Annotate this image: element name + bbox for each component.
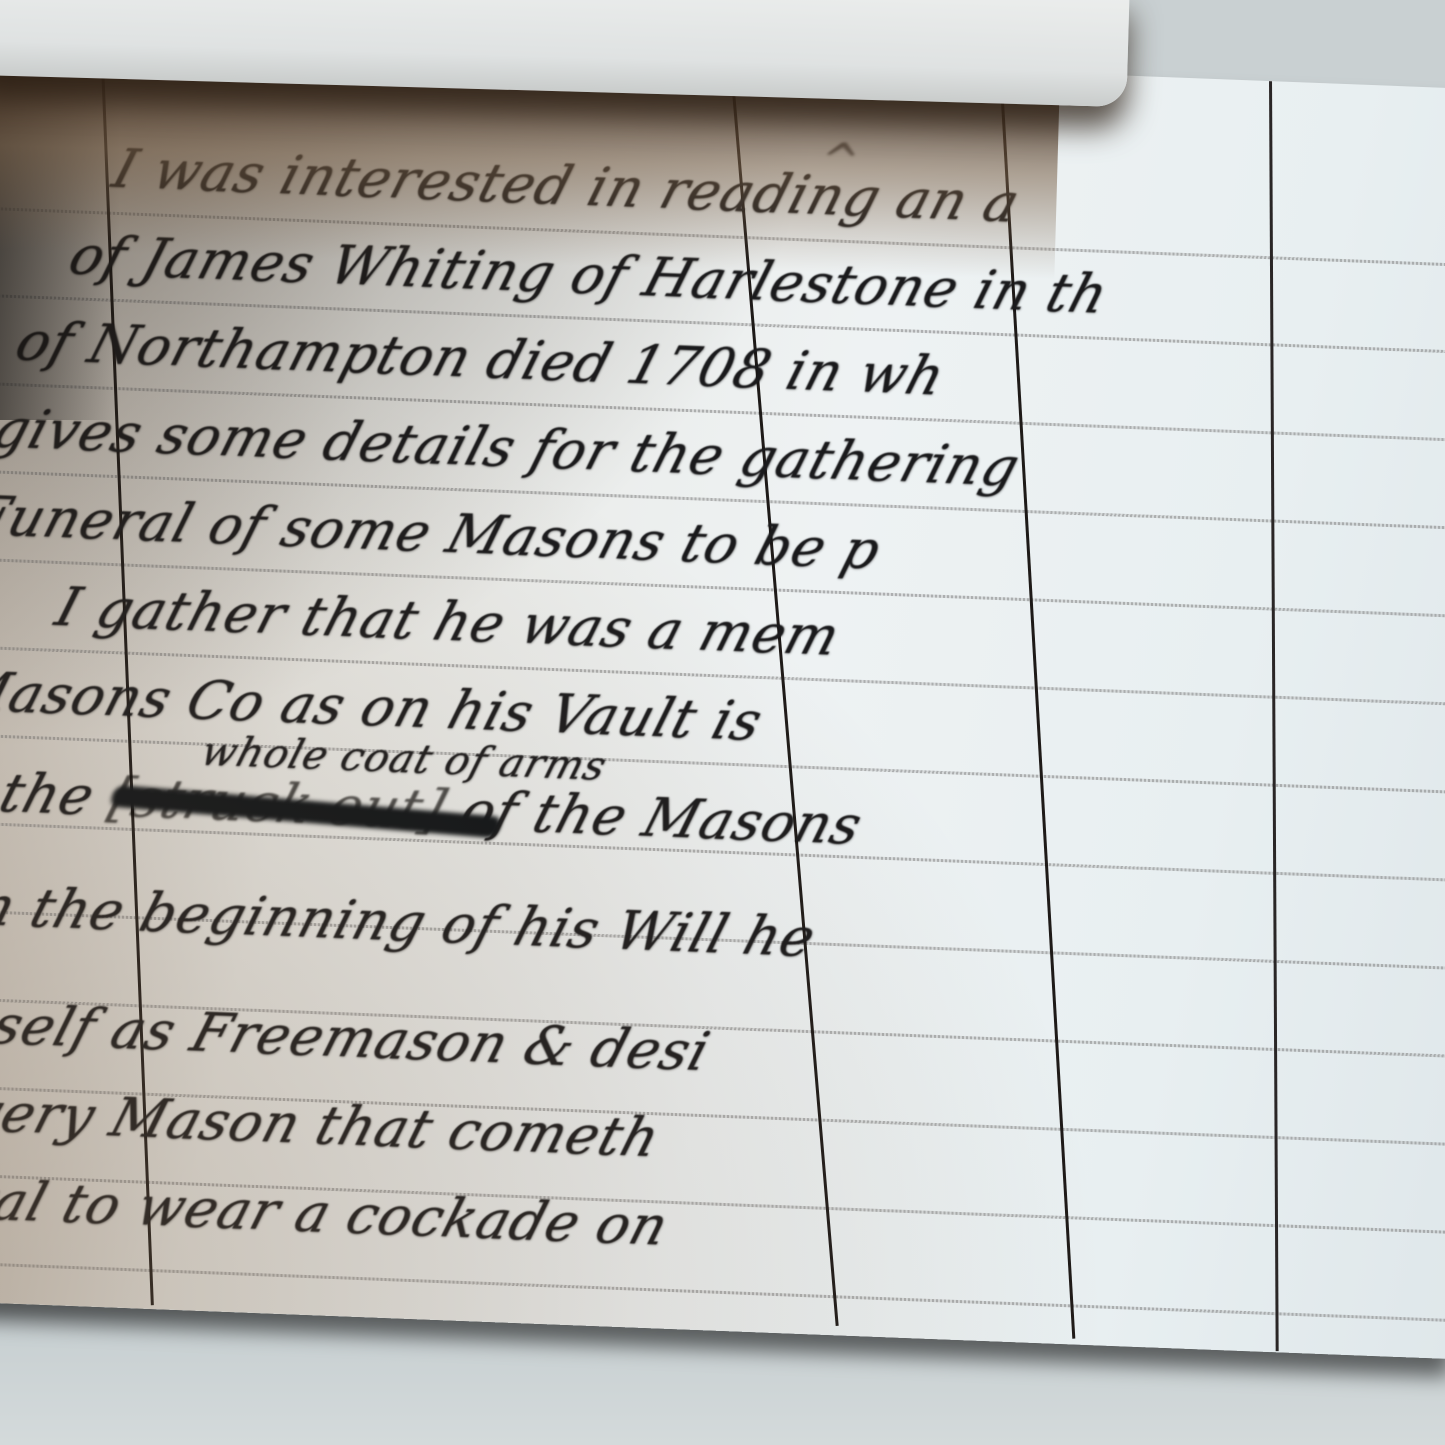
handwritten-line-2: of James Whiting of Harlestone in th: [62, 224, 1115, 326]
handwritten-line-4: gives some details for the gathering: [0, 397, 1027, 499]
ledger-sheet: ^ I was interested in reading an a of Ja…: [0, 30, 1445, 1359]
handwritten-line-11: every Mason that cometh: [0, 1079, 668, 1169]
line-8-start: e the: [0, 759, 102, 827]
handwritten-line-12: eral to wear a cockade on: [0, 1167, 676, 1257]
column-line: [1269, 81, 1279, 1351]
photo-scene: ^ I was interested in reading an a of Ja…: [0, 0, 1445, 1445]
struck-out-word: [struck out]: [102, 765, 453, 840]
handwritten-line-9: In the beginning of his Will he: [0, 874, 823, 969]
handwritten-line-10: mself as Freemason & desi: [0, 991, 717, 1083]
handwritten-line-3: of Northampton died 1708 in wh: [9, 310, 953, 408]
